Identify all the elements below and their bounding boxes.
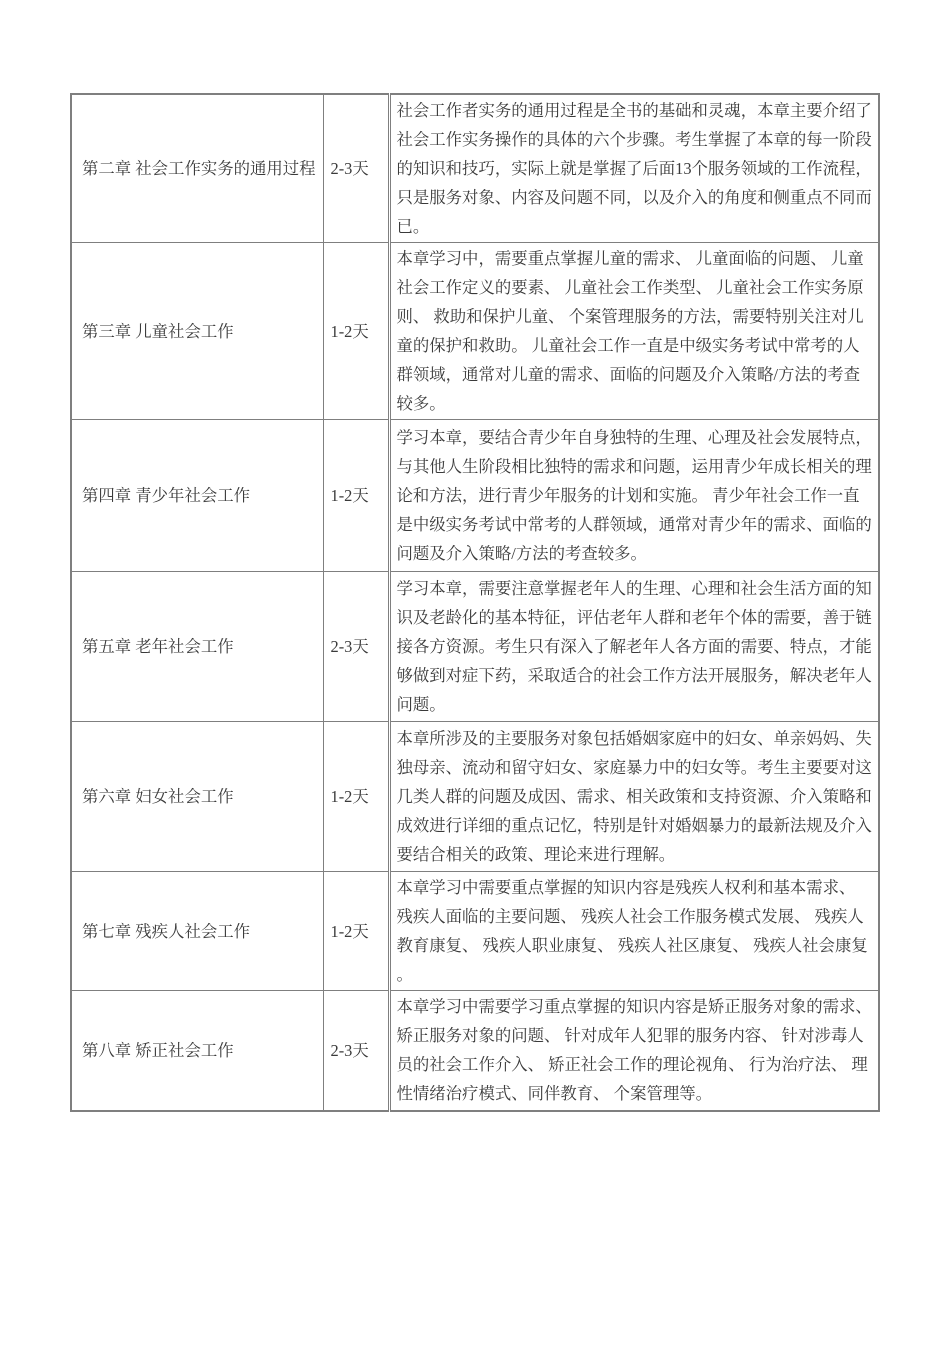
chapter-title: 第六章 妇女社会工作 xyxy=(71,722,323,872)
table-row: 第四章 青少年社会工作 1-2天 学习本章，要结合青少年自身独特的生理、心理及社… xyxy=(71,420,879,572)
chapter-description: 学习本章，要结合青少年自身独特的生理、心理及社会发展特点，与其他人生阶段相比独特… xyxy=(389,420,879,572)
chapter-description: 本章所涉及的主要服务对象包括婚姻家庭中的妇女、单亲妈妈、失独母亲、流动和留守妇女… xyxy=(389,722,879,872)
table-row: 第二章 社会工作实务的通用过程 2-3天 社会工作者实务的通用过程是全书的基础和… xyxy=(71,94,879,243)
table-row: 第三章 儿童社会工作 1-2天 本章学习中，需要重点掌握儿童的需求、 儿童面临的… xyxy=(71,243,879,420)
study-days: 1-2天 xyxy=(323,722,389,872)
study-days: 1-2天 xyxy=(323,872,389,991)
study-days: 1-2天 xyxy=(323,243,389,420)
chapter-title: 第五章 老年社会工作 xyxy=(71,572,323,722)
study-plan-table: 第二章 社会工作实务的通用过程 2-3天 社会工作者实务的通用过程是全书的基础和… xyxy=(70,93,880,1112)
chapter-title: 第七章 残疾人社会工作 xyxy=(71,872,323,991)
study-days: 2-3天 xyxy=(323,94,389,243)
chapter-title: 第四章 青少年社会工作 xyxy=(71,420,323,572)
chapter-description: 社会工作者实务的通用过程是全书的基础和灵魂，本章主要介绍了社会工作实务操作的具体… xyxy=(389,94,879,243)
chapter-description: 本章学习中需要学习重点掌握的知识内容是矫正服务对象的需求、矫正服务对象的问题、 … xyxy=(389,991,879,1111)
study-days: 2-3天 xyxy=(323,572,389,722)
table-row: 第五章 老年社会工作 2-3天 学习本章，需要注意掌握老年人的生理、心理和社会生… xyxy=(71,572,879,722)
table-row: 第七章 残疾人社会工作 1-2天 本章学习中需要重点掌握的知识内容是残疾人权利和… xyxy=(71,872,879,991)
study-days: 1-2天 xyxy=(323,420,389,572)
chapter-title: 第二章 社会工作实务的通用过程 xyxy=(71,94,323,243)
chapter-description: 学习本章，需要注意掌握老年人的生理、心理和社会生活方面的知识及老龄化的基本特征，… xyxy=(389,572,879,722)
table-row: 第六章 妇女社会工作 1-2天 本章所涉及的主要服务对象包括婚姻家庭中的妇女、单… xyxy=(71,722,879,872)
table-row: 第八章 矫正社会工作 2-3天 本章学习中需要学习重点掌握的知识内容是矫正服务对… xyxy=(71,991,879,1111)
study-days: 2-3天 xyxy=(323,991,389,1111)
chapter-description: 本章学习中需要重点掌握的知识内容是残疾人权利和基本需求、 残疾人面临的主要问题、… xyxy=(389,872,879,991)
chapter-title: 第三章 儿童社会工作 xyxy=(71,243,323,420)
chapter-title: 第八章 矫正社会工作 xyxy=(71,991,323,1111)
chapter-description: 本章学习中，需要重点掌握儿童的需求、 儿童面临的问题、 儿童社会工作定义的要素、… xyxy=(389,243,879,420)
